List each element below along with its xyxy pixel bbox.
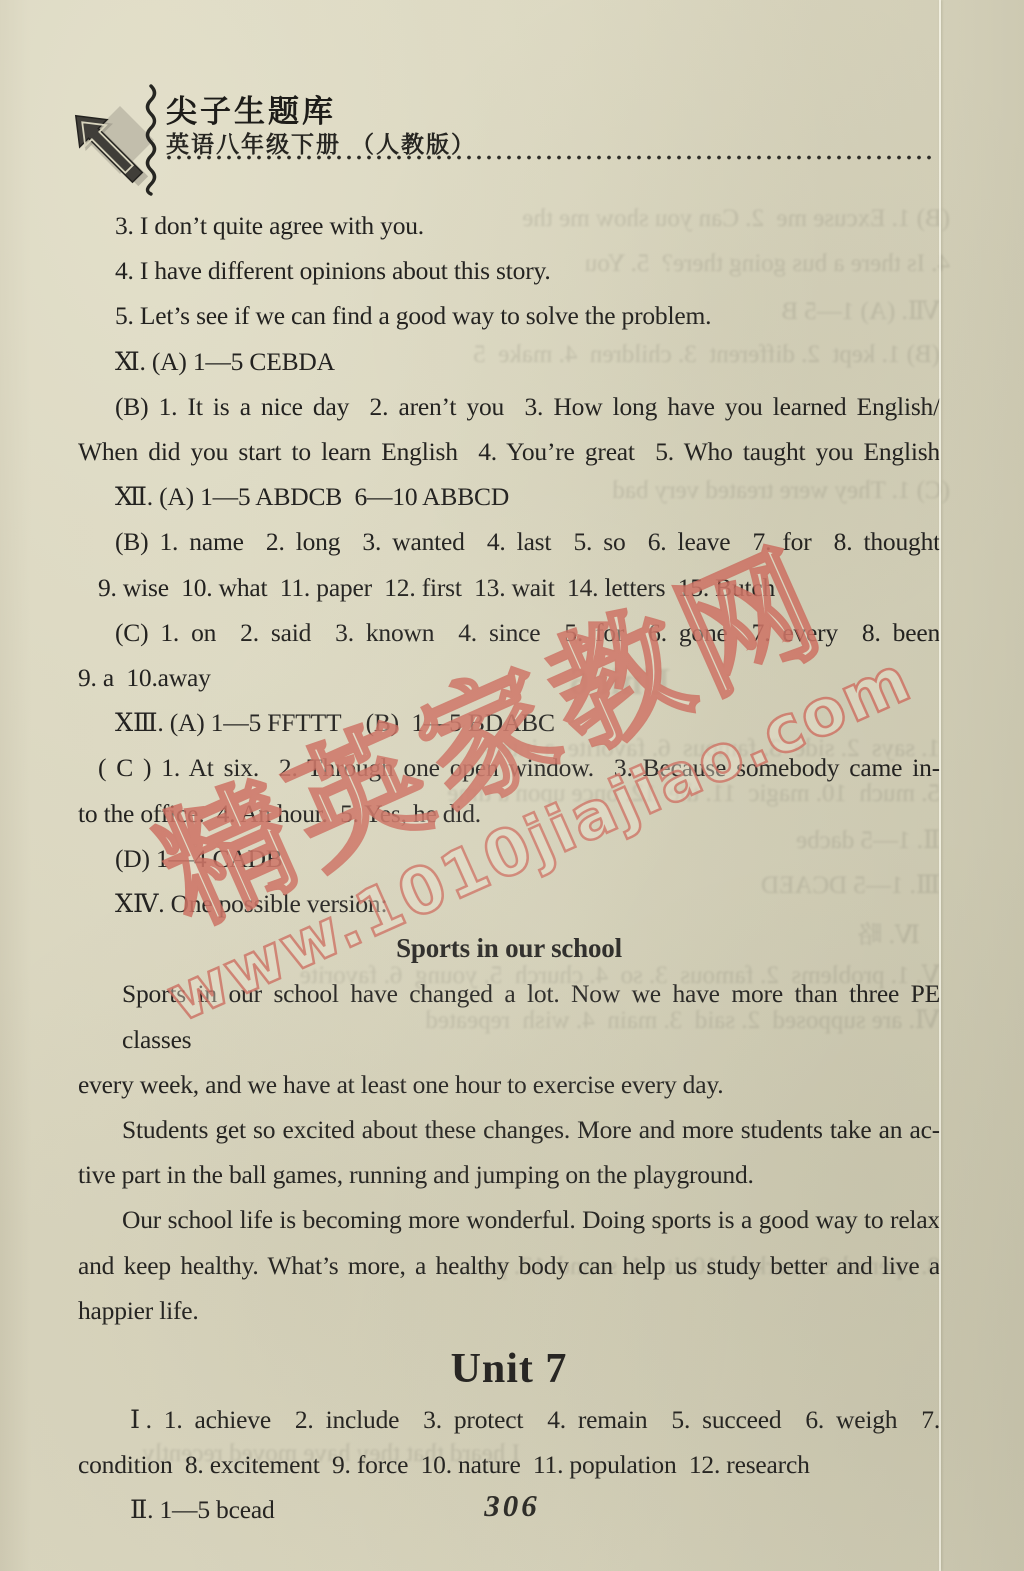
wavy-divider-icon bbox=[143, 84, 159, 196]
answer-line: 5. Let’s see if we can find a good way t… bbox=[78, 293, 940, 338]
answer-line: 3. I don’t quite agree with you. bbox=[78, 203, 940, 248]
essay-line: Our school life is becoming more wonderf… bbox=[78, 1197, 940, 1242]
answer-key-body: 3. I don’t quite agree with you. 4. I ha… bbox=[78, 203, 940, 1533]
answer-line: ( C ) 1. At six. 2. Through one open win… bbox=[78, 745, 940, 790]
page-number: 306 bbox=[0, 1488, 1024, 1524]
answer-line: ⅩⅢ. (A) 1—5 FFTTT (B) 1—5 BDABC bbox=[78, 700, 940, 745]
answer-line: 9. wise 10. what 11. paper 12. first 13.… bbox=[78, 565, 940, 610]
essay-line: tive part in the ball games, running and… bbox=[78, 1152, 940, 1197]
essay-line: and keep healthy. What’s more, a healthy… bbox=[78, 1243, 940, 1288]
answer-line: (B) 1. name 2. long 3. wanted 4. last 5.… bbox=[78, 519, 940, 564]
unit-heading: Unit 7 bbox=[78, 1341, 940, 1397]
answer-line: (C) 1. on 2. said 3. known 4. since 5. f… bbox=[78, 610, 940, 655]
answer-line: 4. I have different opinions about this … bbox=[78, 248, 940, 293]
answer-line: Ⅻ. (A) 1—5 ABDCB 6—10 ABBCD bbox=[78, 474, 940, 519]
page-crease-line bbox=[939, 0, 941, 1571]
essay-line: every week, and we have at least one hou… bbox=[78, 1062, 940, 1107]
answer-line: 9. a 10.away bbox=[78, 655, 940, 700]
answer-line: ⅩⅣ. One possible version: bbox=[78, 881, 940, 926]
scanned-workbook-page: (B) 1. Excuse me 2. Can you show me the … bbox=[0, 0, 1024, 1571]
series-title: 尖子生题库 bbox=[166, 86, 336, 131]
answer-line: Ⅰ. 1. achieve 2. include 3. protect 4. r… bbox=[78, 1397, 940, 1442]
answer-line: (D) 1—4 CADB bbox=[78, 836, 940, 881]
essay-line: happier life. bbox=[78, 1288, 940, 1333]
dotted-rule bbox=[164, 155, 936, 160]
answer-line: Ⅺ. (A) 1—5 CEBDA bbox=[78, 339, 940, 384]
essay-title: Sports in our school bbox=[78, 926, 940, 971]
answer-line: (B) 1. It is a nice day 2. aren’t you 3.… bbox=[78, 384, 940, 429]
answer-line: When did you start to learn English 4. Y… bbox=[78, 429, 940, 474]
essay-line: Sports in our school have changed a lot.… bbox=[78, 971, 940, 1061]
arrow-logo-icon bbox=[66, 106, 154, 194]
answer-line: to the office. 4. An hour. 5. Yes, he di… bbox=[78, 791, 940, 836]
essay-line: Students get so excited about these chan… bbox=[78, 1107, 940, 1152]
book-header: 尖子生题库 英语八年级下册 （人教版） bbox=[0, 0, 1024, 200]
answer-line: condition 8. excitement 9. force 10. nat… bbox=[78, 1442, 940, 1487]
